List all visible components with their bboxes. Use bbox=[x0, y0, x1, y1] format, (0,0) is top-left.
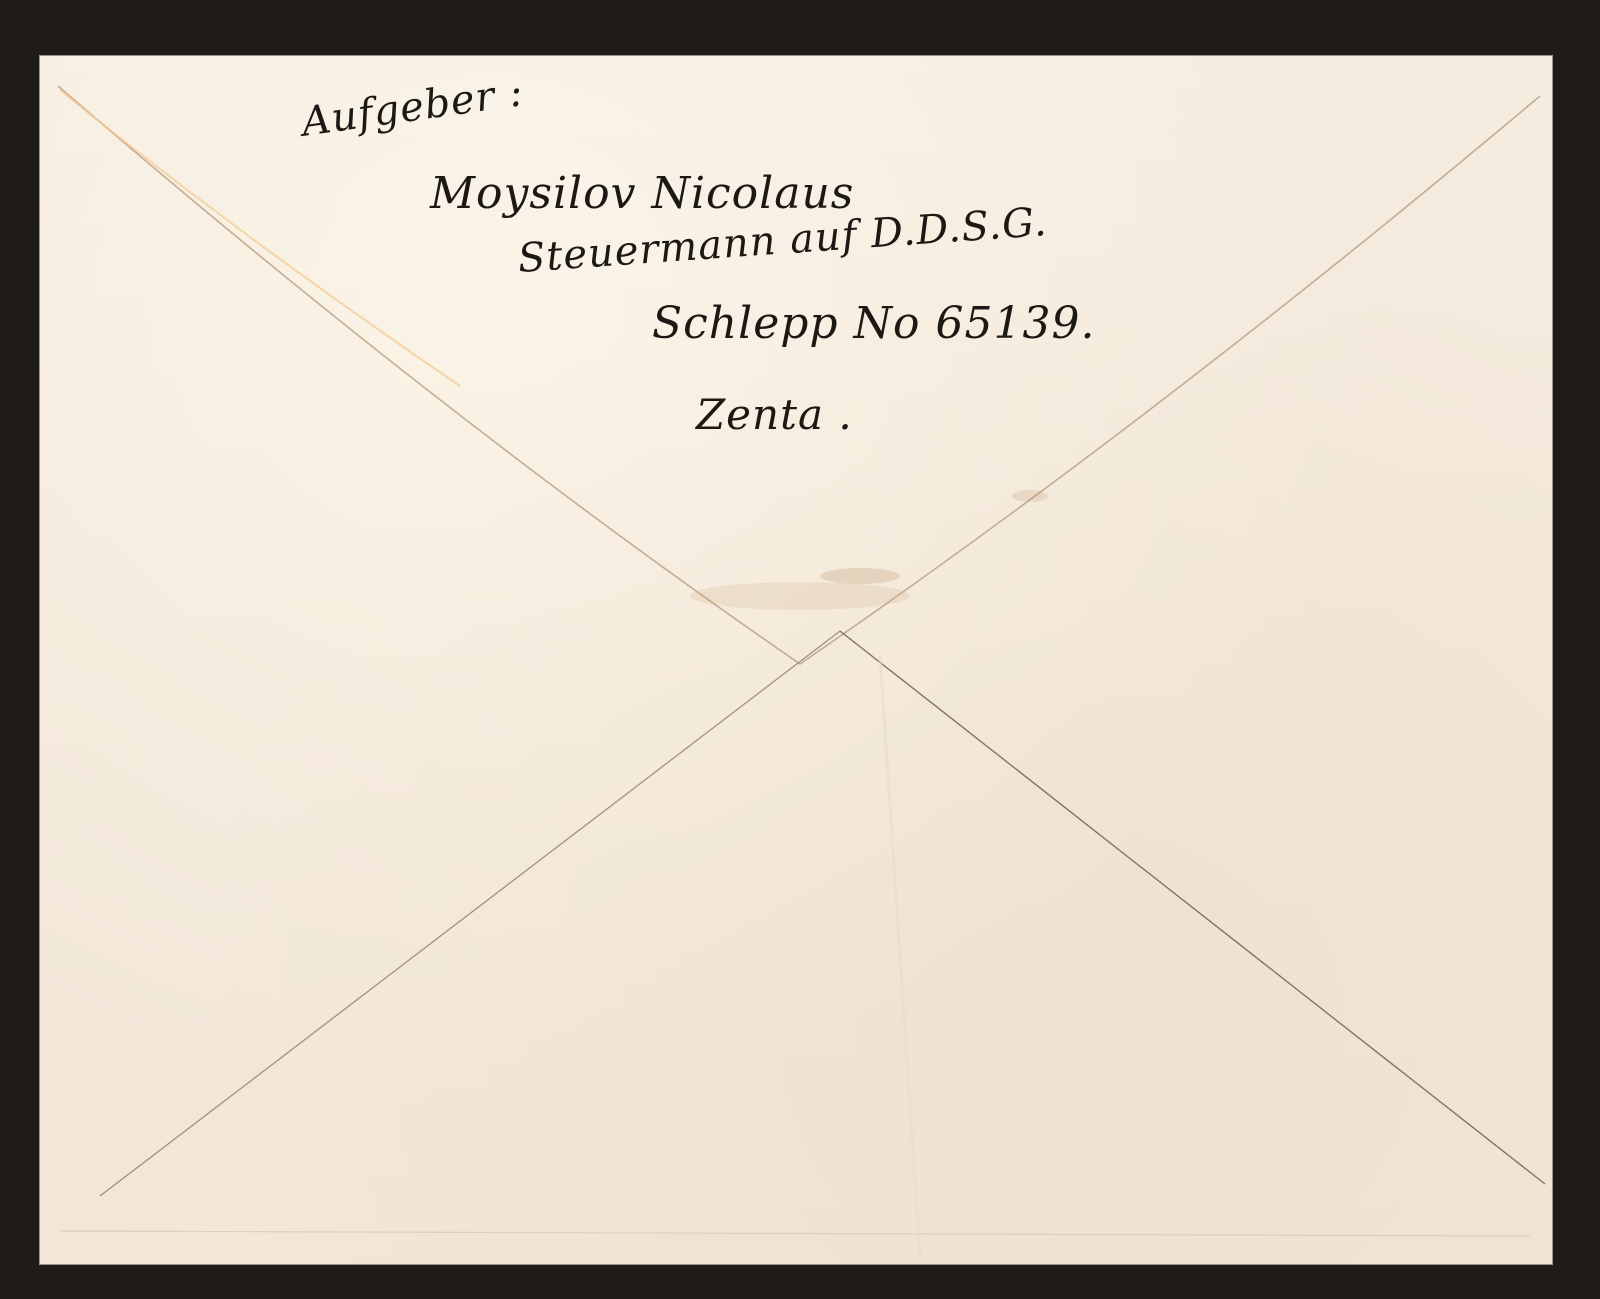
sender-name: Moysilov Nicolaus bbox=[430, 168, 854, 219]
envelope-back: Aufgeber : Moysilov Nicolaus Steuermann … bbox=[40, 56, 1552, 1264]
scan-background: Aufgeber : Moysilov Nicolaus Steuermann … bbox=[0, 0, 1600, 1299]
sender-place: Zenta . bbox=[696, 390, 853, 439]
sender-vessel: Schlepp No 65139. bbox=[652, 298, 1096, 349]
